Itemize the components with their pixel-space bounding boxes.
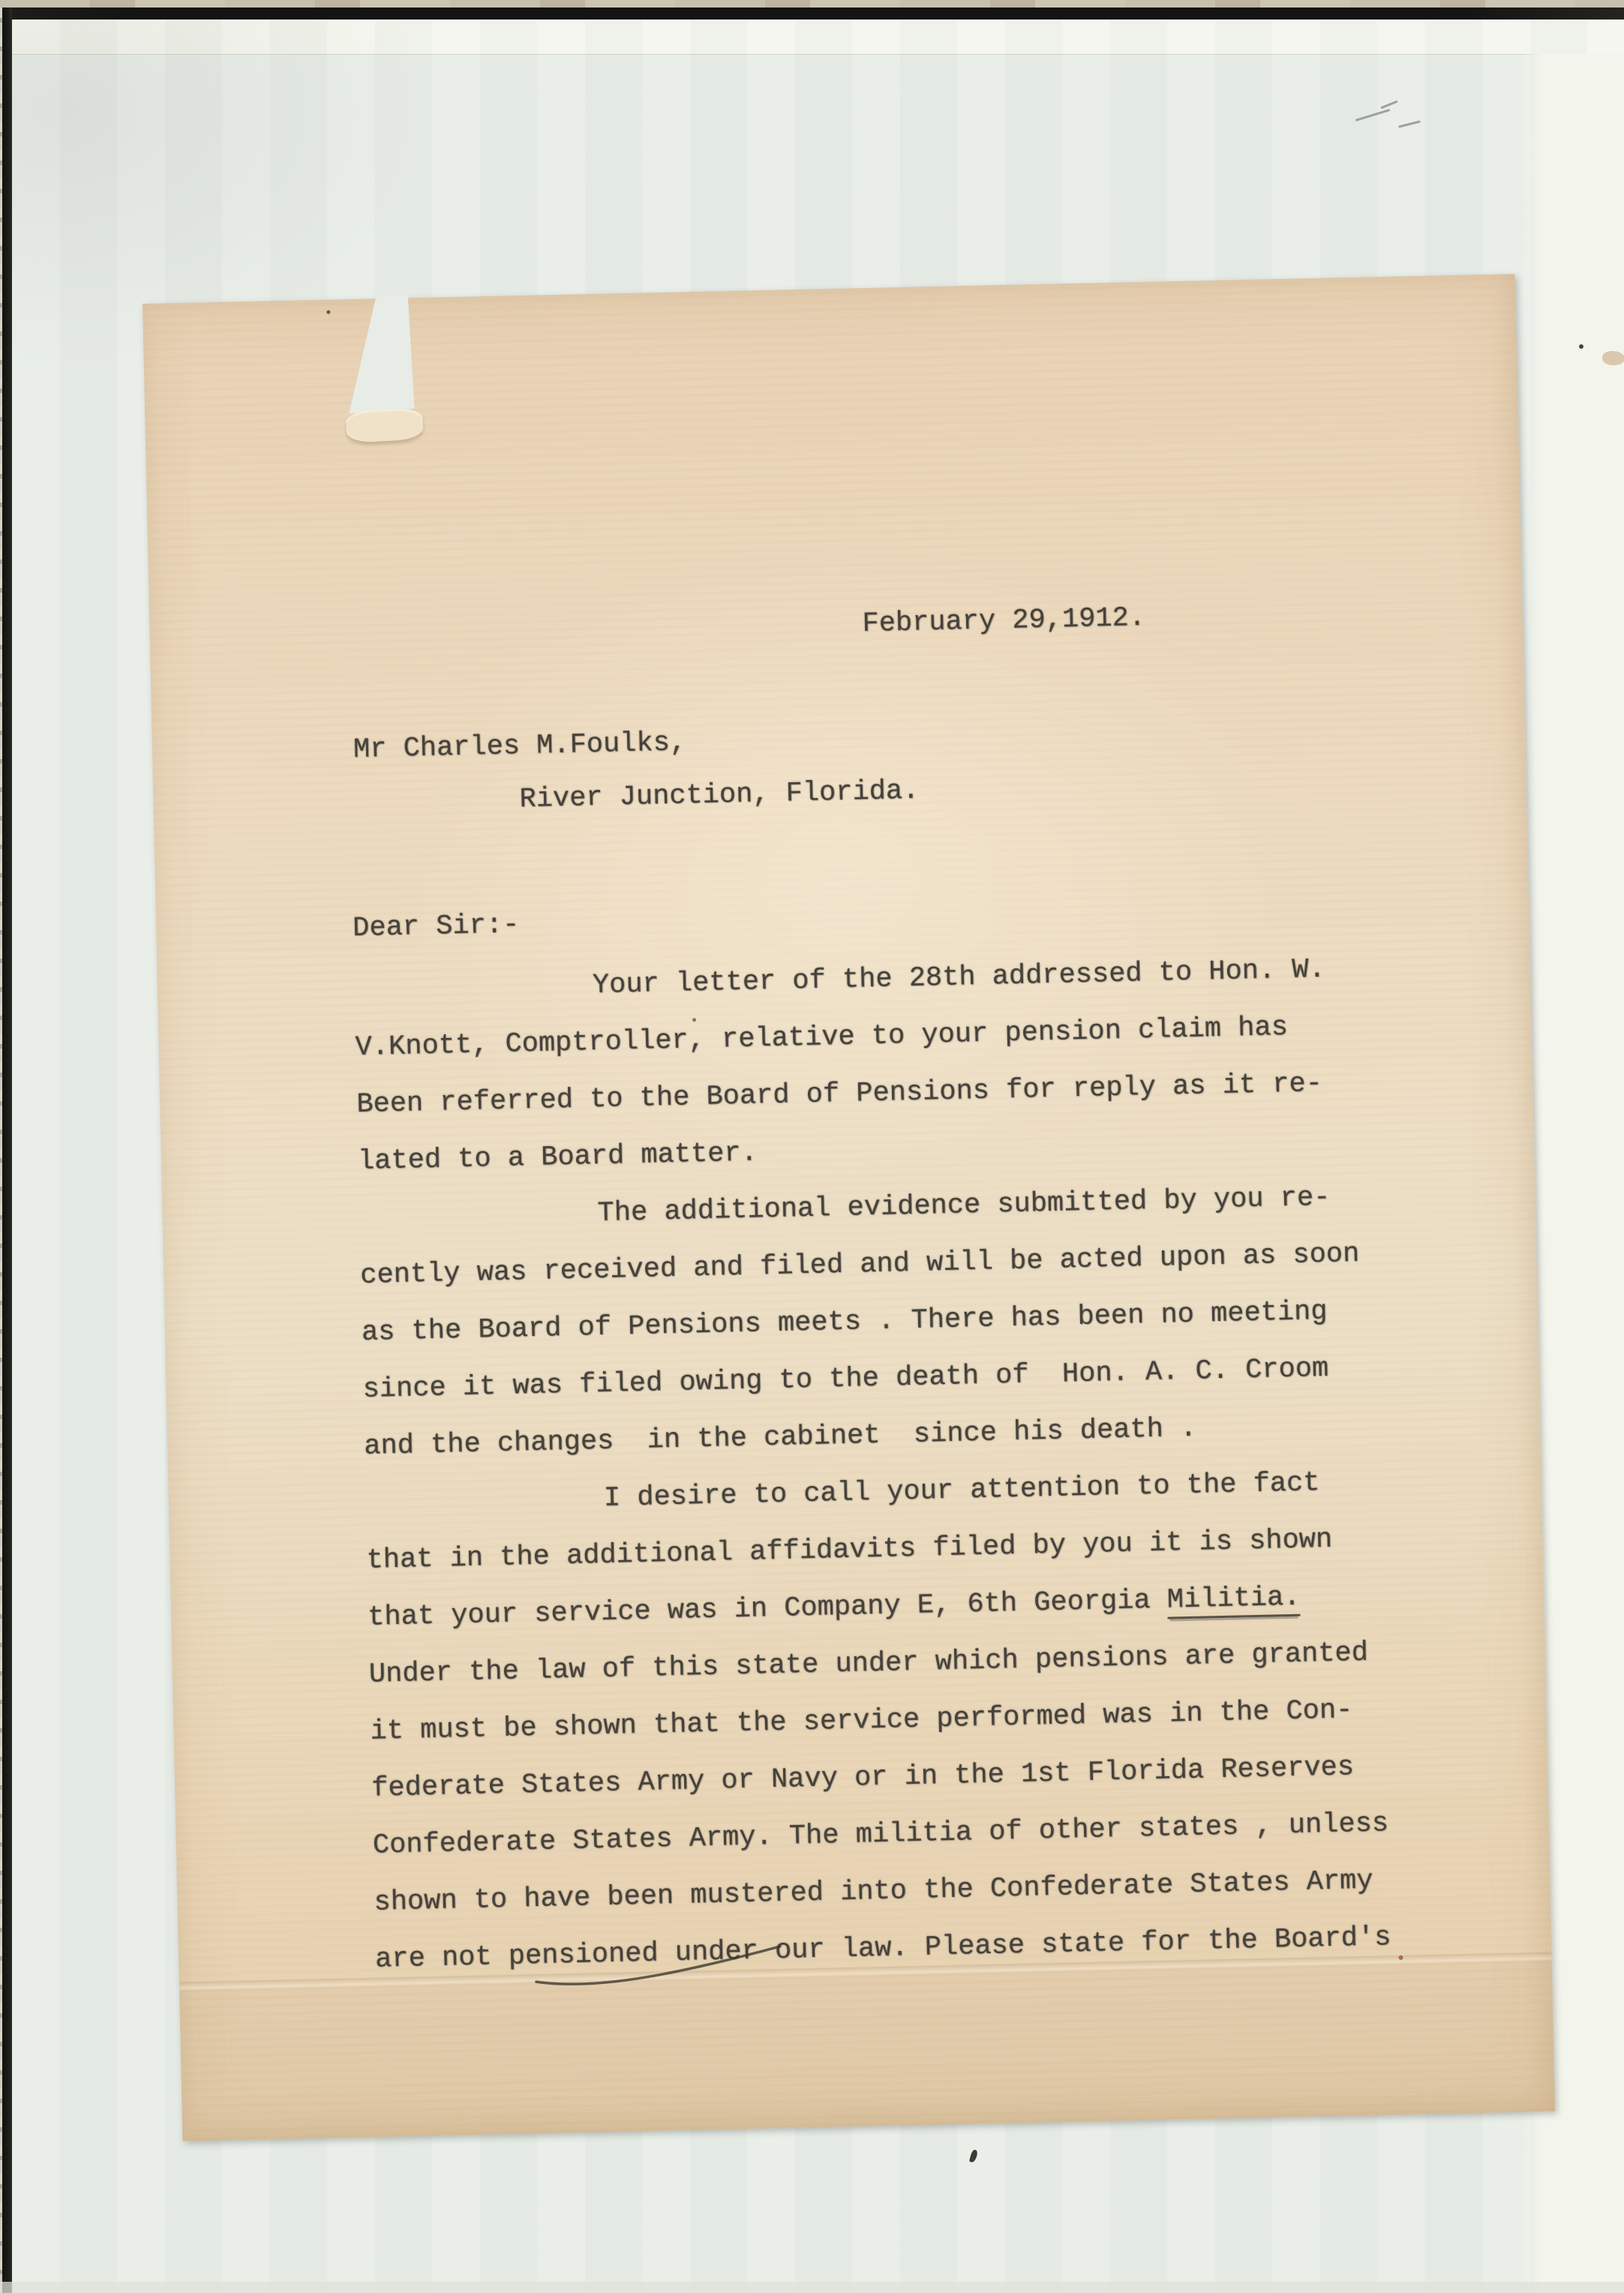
torn-notch xyxy=(347,296,416,417)
fold-shading xyxy=(179,1961,1555,2141)
pen-stroke xyxy=(531,1937,787,1991)
ink-comma-mark xyxy=(969,2149,978,2163)
pencil-mark xyxy=(1380,101,1397,110)
letter-paper: February 29,1912. Mr Charles M.Foulks, R… xyxy=(143,274,1555,2141)
letter-date: February 29,1912. xyxy=(862,602,1145,641)
ink-speck xyxy=(326,311,330,314)
pencil-mark xyxy=(1398,120,1421,128)
scan-border-top xyxy=(0,8,1624,20)
scanned-letter-page: { "letter": { "date": "February 29,1912.… xyxy=(0,0,1624,2293)
backing-sheet-top-edge xyxy=(12,20,1624,55)
letter-line-p3l3-prefix: that your service was in Company E, 6th … xyxy=(368,1585,1167,1634)
recipient-name: Mr Charles M.Foulks, xyxy=(353,726,687,767)
scan-bottom-edge xyxy=(0,2282,1624,2293)
pencil-mark xyxy=(1355,109,1391,122)
scanner-edge-strip xyxy=(0,0,1624,8)
ink-speck xyxy=(1579,344,1583,349)
letter-body: Your letter of the 28th addressed to Hon… xyxy=(353,938,1515,1988)
scan-border-left xyxy=(2,8,12,2293)
paper-chip-smudge xyxy=(1602,351,1624,365)
underlined-word-militia: Militia. xyxy=(1166,1582,1301,1619)
salutation: Dear Sir:- xyxy=(353,908,520,945)
torn-flap xyxy=(346,407,424,443)
recipient-address: River Junction, Florida. xyxy=(519,775,920,817)
